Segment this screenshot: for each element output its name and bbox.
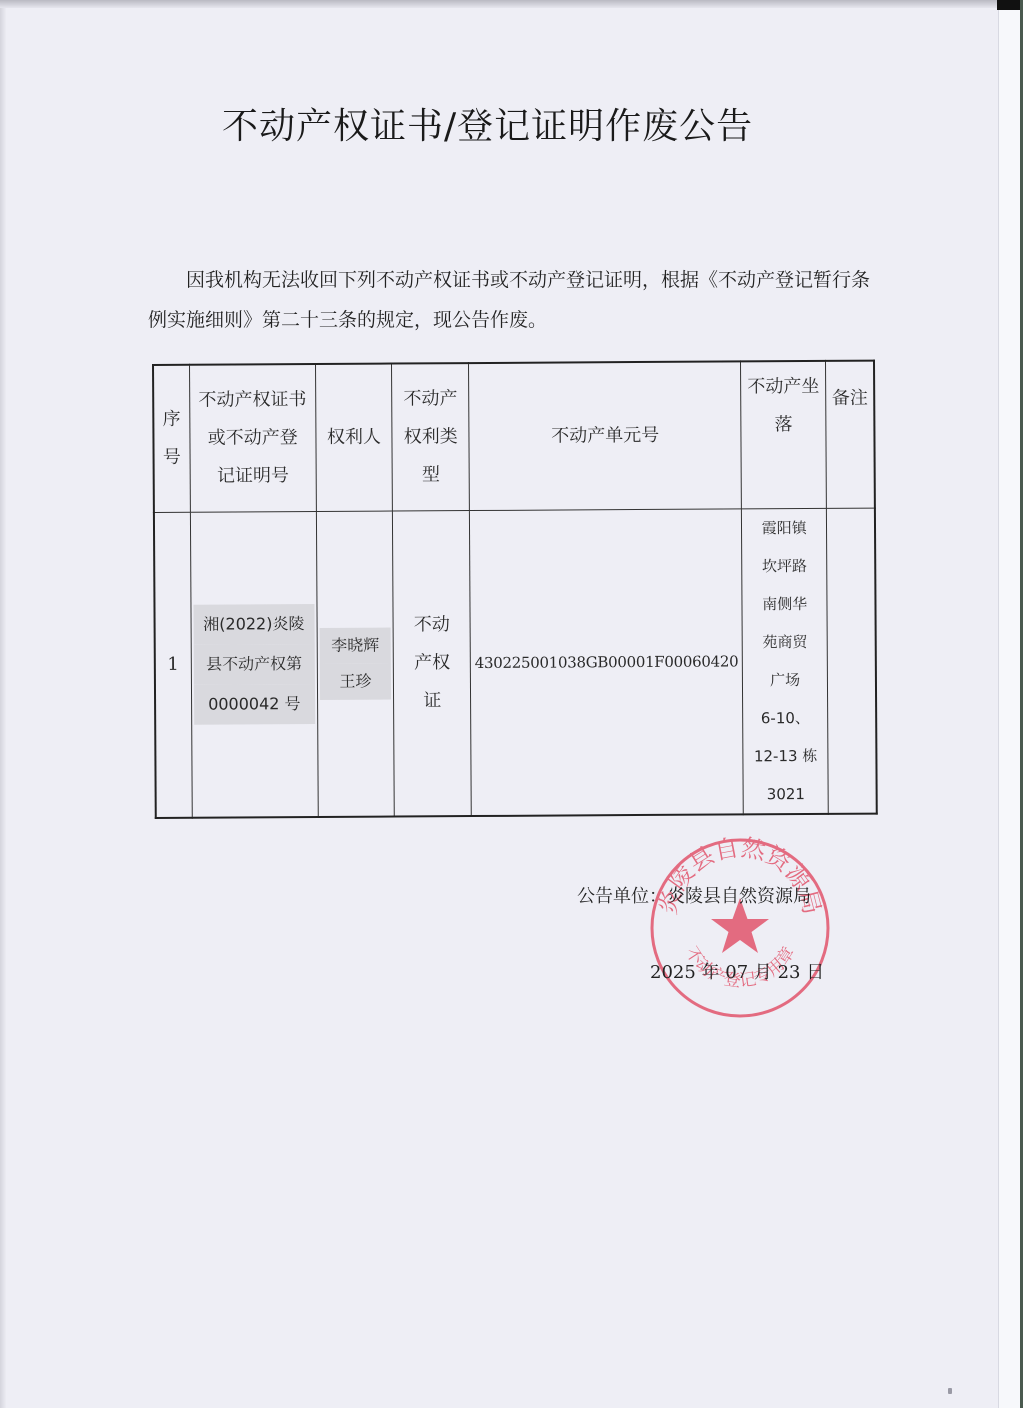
table-header-row: 序 号 不动产权证书 或不动产登 记证明号 权利人 不动产 权利类 型 不动产单…: [153, 361, 875, 513]
cell-remark: [827, 508, 877, 814]
table-row: 1 湘(2022)炎陵 县不动产权第 0000042 号 李晓辉 王珍 不动 产…: [154, 508, 877, 818]
header-right-type: 不动产 权利类 型: [392, 363, 470, 511]
document-title: 不动产权证书/登记证明作废公告: [222, 98, 753, 149]
header-unit-no: 不动产单元号: [469, 361, 742, 510]
issuing-authority: 公告单位：炎陵县自然资源局: [577, 882, 811, 908]
cell-holders: 李晓辉 王珍: [316, 511, 394, 817]
cell-unit-no: 430225001038GB00001F00060420: [470, 509, 744, 816]
notice-date: 2025 年 07 月 23 日: [650, 958, 824, 984]
scan-left-edge: [0, 0, 6, 1408]
cell-right-type: 不动 产权 证: [393, 511, 472, 817]
scan-speck: [948, 1388, 952, 1394]
official-seal-stamp: 炎陵县自然资源局 不动产登记专用章: [648, 836, 832, 1020]
void-certificate-table: 序 号 不动产权证书 或不动产登 记证明号 权利人 不动产 权利类 型 不动产单…: [152, 360, 878, 819]
header-cert-no: 不动产权证书 或不动产登 记证明号: [189, 364, 316, 512]
cell-seq: 1: [154, 512, 192, 818]
header-remark: 备注: [826, 361, 875, 509]
header-seq: 序 号: [153, 365, 190, 513]
scan-top-shadow: [0, 0, 1000, 8]
header-holder: 权利人: [315, 364, 392, 512]
cell-cert-no: 湘(2022)炎陵 县不动产权第 0000042 号: [190, 511, 318, 817]
cell-location: 霞阳镇 坎坪路 南侧华 苑商贸 广场 6-10、 12-13 栋 3021: [741, 508, 828, 814]
notice-paragraph: 因我机构无法收回下列不动产权证书或不动产登记证明，根据《不动产登记暂行条例实施细…: [148, 260, 878, 340]
header-location: 不动产坐 落: [741, 361, 827, 509]
